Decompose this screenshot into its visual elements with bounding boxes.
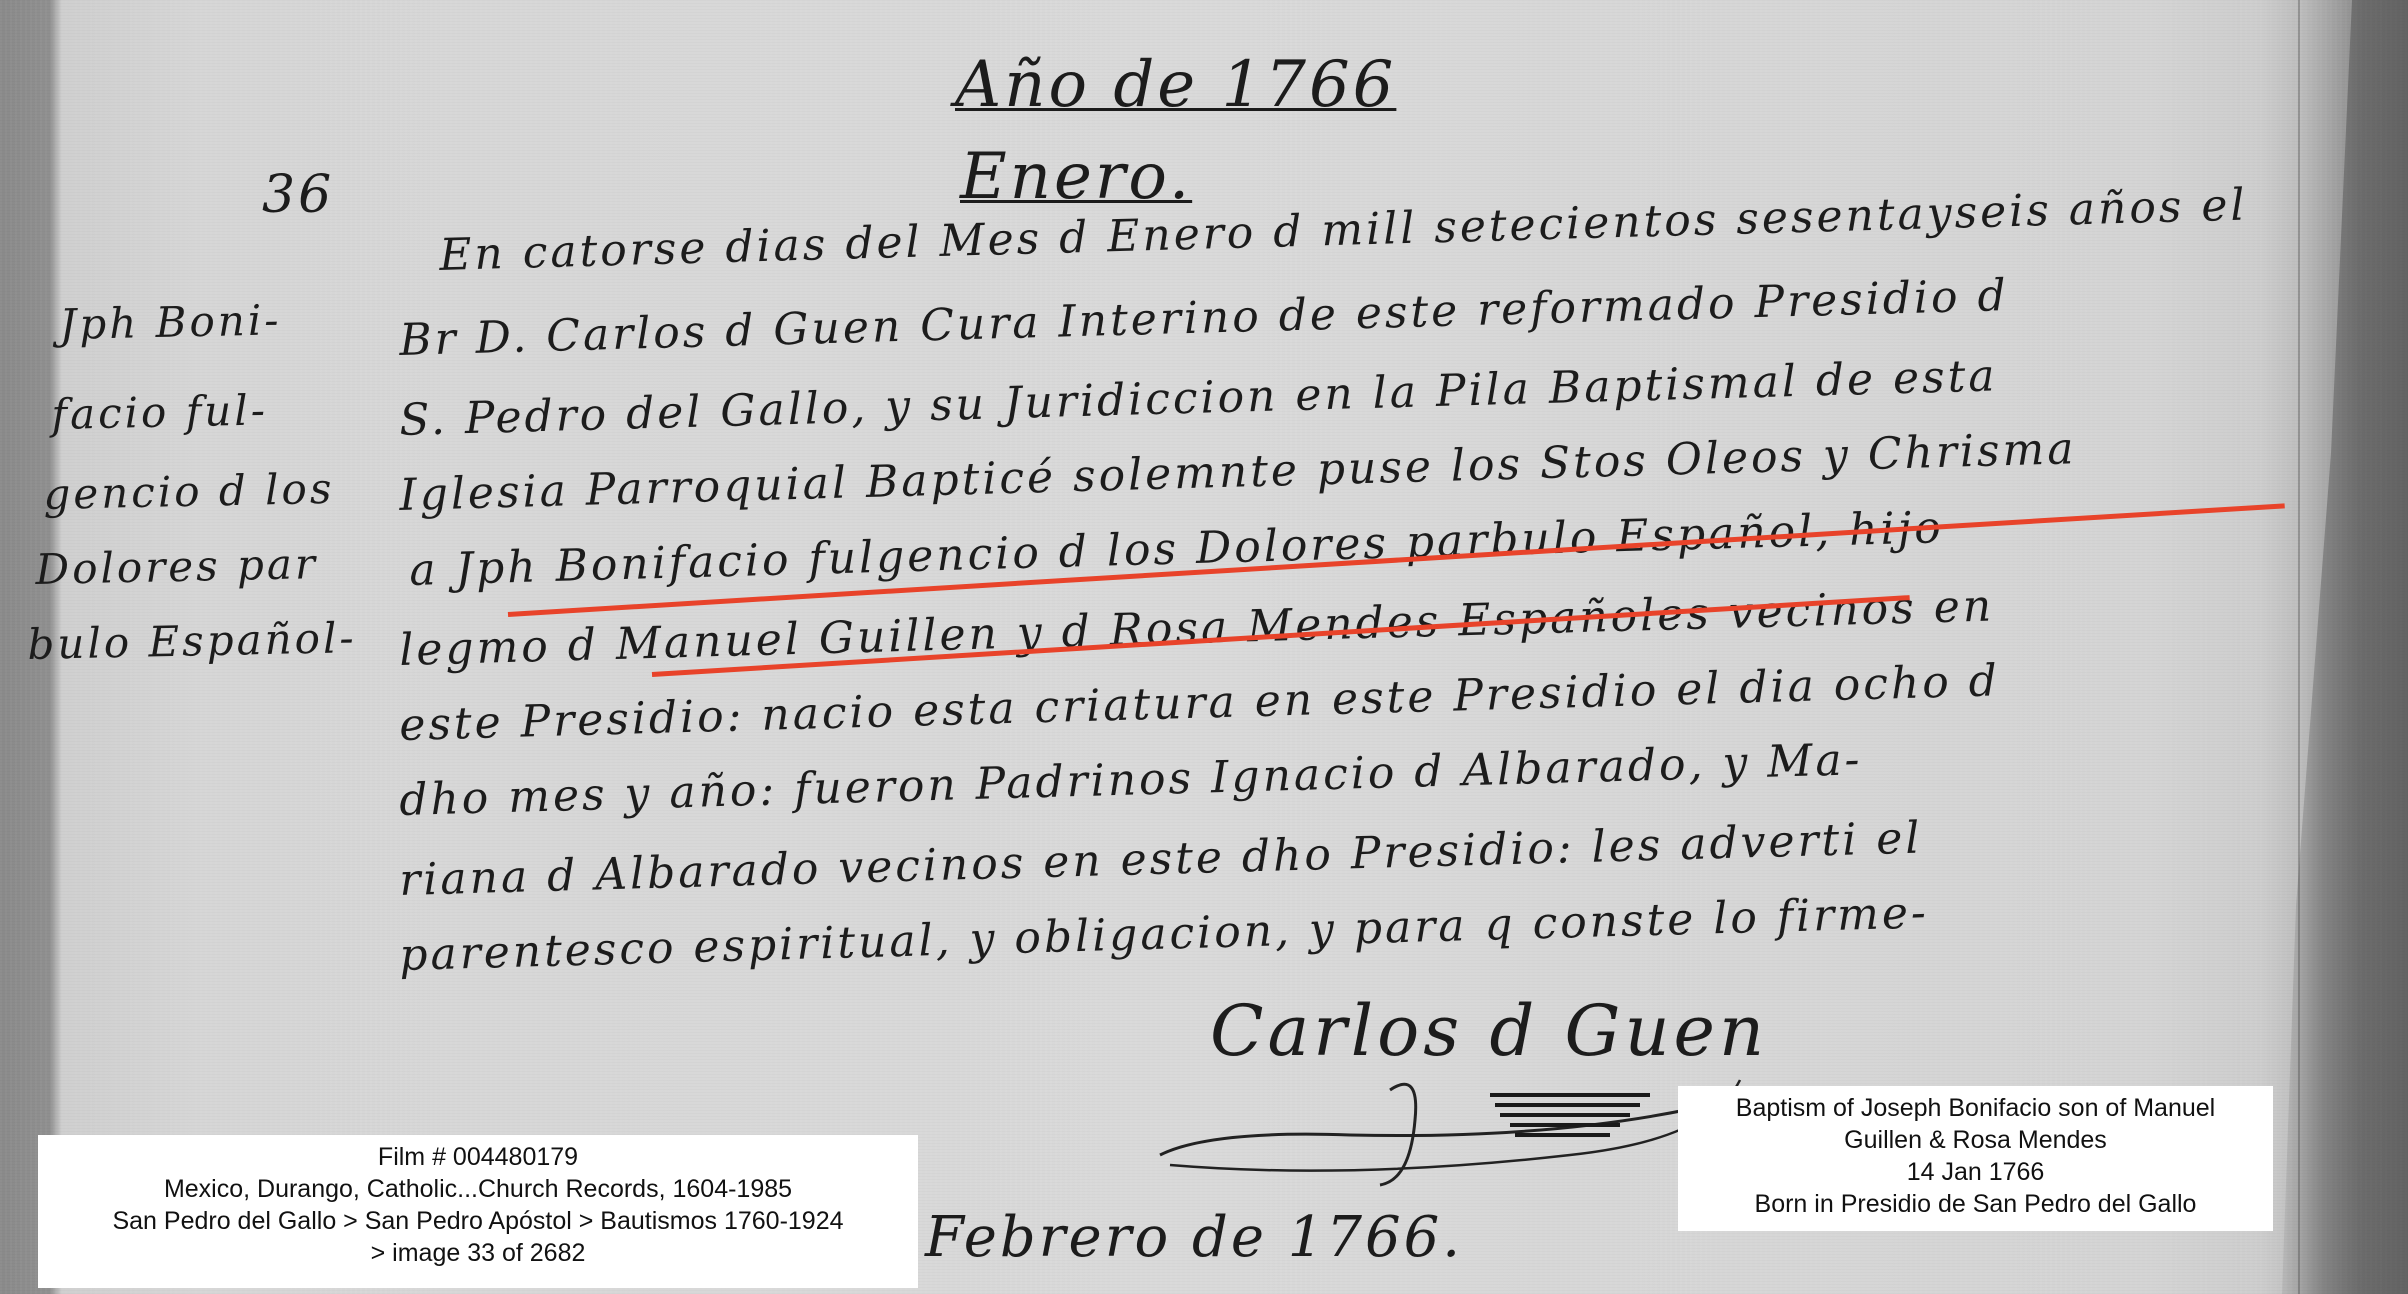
margin-note-line: Jph Boni- [59, 295, 282, 349]
record-summary-caption: Baptism of Joseph Bonifacio son of Manue… [1678, 1086, 2273, 1231]
record-path-breadcrumb: San Pedro del Gallo > San Pedro Apóstol … [38, 1205, 918, 1237]
margin-note-line: gencio d los [43, 464, 335, 519]
margin-note-line: facio ful- [51, 385, 268, 439]
summary-birthplace: Born in Presidio de San Pedro del Gallo [1678, 1188, 2273, 1220]
record-line: dho mes y año: fueron Padrinos Ignacio d… [399, 734, 1864, 826]
film-number: Film # 004480179 [38, 1141, 918, 1173]
image-position: > image 33 of 2682 [38, 1237, 918, 1269]
record-line: riana d Albarado vecinos en este dho Pre… [399, 812, 1923, 906]
margin-note-line: Dolores par [35, 539, 318, 594]
summary-line: Guillen & Rosa Mendes [1678, 1124, 2273, 1156]
page-edge-shadow [2268, 0, 2408, 1294]
entry-number: 36 [262, 165, 334, 225]
record-line: parentesco espiritual, y obligacion, y p… [399, 887, 1930, 981]
source-citation-caption: Film # 004480179 Mexico, Durango, Cathol… [38, 1135, 918, 1288]
record-line: Br D. Carlos d Guen Cura Interino de est… [399, 270, 2010, 366]
collection-title: Mexico, Durango, Catholic...Church Recor… [38, 1173, 918, 1205]
record-line: En catorse dias del Mes d Enero d mill s… [439, 180, 2249, 281]
summary-date: 14 Jan 1766 [1678, 1156, 2273, 1188]
record-line-highlighted: a Jph Bonifacio fulgencio d los Dolores … [409, 502, 1945, 596]
month-heading: Enero. [960, 140, 1192, 214]
margin-note-line: bulo Español- [27, 613, 357, 669]
year-heading: Año de 1766 [955, 48, 1396, 122]
register-page-scan: Año de 1766 Enero. 36 Jph Boni- facio fu… [0, 0, 2408, 1294]
signature-flourish-icon [1150, 1060, 1750, 1190]
next-month-heading: Febrero de 1766. [925, 1205, 1463, 1270]
summary-line: Baptism of Joseph Bonifacio son of Manue… [1678, 1092, 2273, 1124]
